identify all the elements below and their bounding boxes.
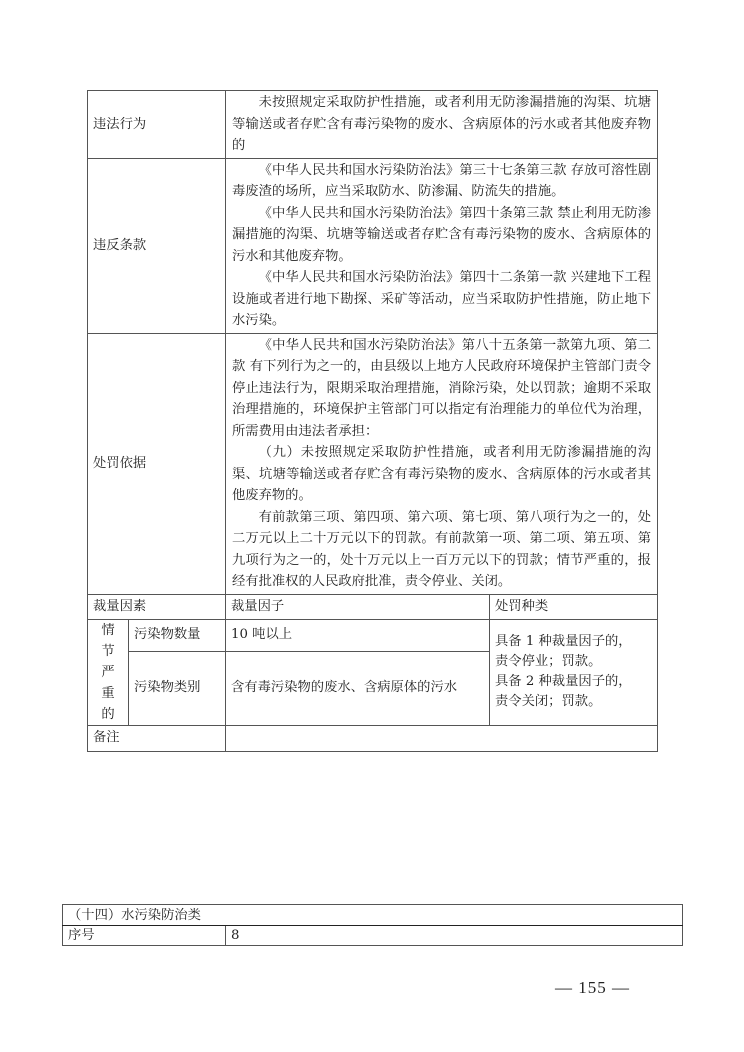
severity-char: 情 <box>88 620 128 641</box>
page-number: — 155 — <box>555 978 630 998</box>
remarks-label: 备注 <box>88 725 226 751</box>
factor-name: 污染物数量 <box>129 619 226 651</box>
violated-clause-row: 违反条款 《中华人民共和国水污染防治法》第三十七条第三款 存放可溶性剧毒废渣的场… <box>88 158 658 333</box>
basis-paragraph: 《中华人民共和国水污染防治法》第八十五条第一款第九项、第二款 有下列行为之一的，… <box>232 335 651 443</box>
penalty-type-content: 具备 1 种裁量因子的， 责令停业；罚款。 具备 2 种裁量因子的， 责令关闭；… <box>490 619 658 725</box>
header-discretion-factor: 裁量因素 <box>88 594 226 619</box>
penalty-line: 具备 2 种裁量因子的， <box>495 672 652 692</box>
violated-clause-content: 《中华人民共和国水污染防治法》第三十七条第三款 存放可溶性剧毒废渣的场所，应当采… <box>226 158 658 333</box>
severity-char: 节 <box>88 641 128 662</box>
serial-row: 序号 8 <box>63 926 683 946</box>
factor-row-quantity: 情 节 严 重 的 污染物数量 10 吨以上 具备 1 种裁量因子的， 责令停业… <box>88 619 658 651</box>
penalty-basis-content: 《中华人民共和国水污染防治法》第八十五条第一款第九项、第二款 有下列行为之一的，… <box>226 333 658 594</box>
severity-char: 严 <box>88 662 128 683</box>
severity-char: 重 <box>88 683 128 704</box>
serial-label: 序号 <box>63 926 226 946</box>
illegal-act-label: 违法行为 <box>88 91 226 159</box>
penalty-line: 责令关闭；罚款。 <box>495 692 652 712</box>
penalty-basis-row: 处罚依据 《中华人民共和国水污染防治法》第八十五条第一款第九项、第二款 有下列行… <box>88 333 658 594</box>
category-title: （十四）水污染防治类 <box>63 905 683 926</box>
basis-paragraph: （九）未按照规定采取防护性措施，或者利用无防渗漏措施的沟渠、坑塘等输送或者存贮含… <box>232 442 651 507</box>
severity-char: 的 <box>88 704 128 725</box>
remarks-row: 备注 <box>88 725 658 751</box>
penalty-line: 责令停业；罚款。 <box>495 652 652 672</box>
discretion-header-row: 裁量因素 裁量因子 处罚种类 <box>88 594 658 619</box>
penalty-basis-label: 处罚依据 <box>88 333 226 594</box>
severity-label: 情 节 严 重 的 <box>88 619 129 725</box>
penalty-discretion-table: 违法行为 未按照规定采取防护性措施，或者利用无防渗漏措施的沟渠、坑塘等输送或者存… <box>87 90 658 752</box>
illegal-act-content: 未按照规定采取防护性措施，或者利用无防渗漏措施的沟渠、坑塘等输送或者存贮含有毒污… <box>226 91 658 159</box>
category-row: （十四）水污染防治类 <box>63 905 683 926</box>
clause-paragraph: 《中华人民共和国水污染防治法》第三十七条第三款 存放可溶性剧毒废渣的场所，应当采… <box>232 160 651 203</box>
factor-value: 10 吨以上 <box>226 619 490 651</box>
header-discretion-item: 裁量因子 <box>226 594 490 619</box>
illegal-act-text: 未按照规定采取防护性措施，或者利用无防渗漏措施的沟渠、坑塘等输送或者存贮含有毒污… <box>232 92 651 157</box>
header-penalty-type: 处罚种类 <box>490 594 658 619</box>
factor-name: 污染物类别 <box>129 651 226 725</box>
serial-value: 8 <box>226 926 683 946</box>
penalty-line: 具备 1 种裁量因子的， <box>495 632 652 652</box>
violated-clause-label: 违反条款 <box>88 158 226 333</box>
factor-value: 含有毒污染物的废水、含病原体的污水 <box>226 651 490 725</box>
basis-paragraph: 有前款第三项、第四项、第六项、第七项、第八项行为之一的，处二万元以上二十万元以下… <box>232 507 651 593</box>
illegal-act-row: 违法行为 未按照规定采取防护性措施，或者利用无防渗漏措施的沟渠、坑塘等输送或者存… <box>88 91 658 159</box>
remarks-value <box>226 725 658 751</box>
next-entry-table: （十四）水污染防治类 序号 8 <box>62 904 683 946</box>
clause-paragraph: 《中华人民共和国水污染防治法》第四十二条第一款 兴建地下工程设施或者进行地下勘探… <box>232 267 651 332</box>
clause-paragraph: 《中华人民共和国水污染防治法》第四十条第三款 禁止利用无防渗漏措施的沟渠、坑塘等… <box>232 203 651 268</box>
